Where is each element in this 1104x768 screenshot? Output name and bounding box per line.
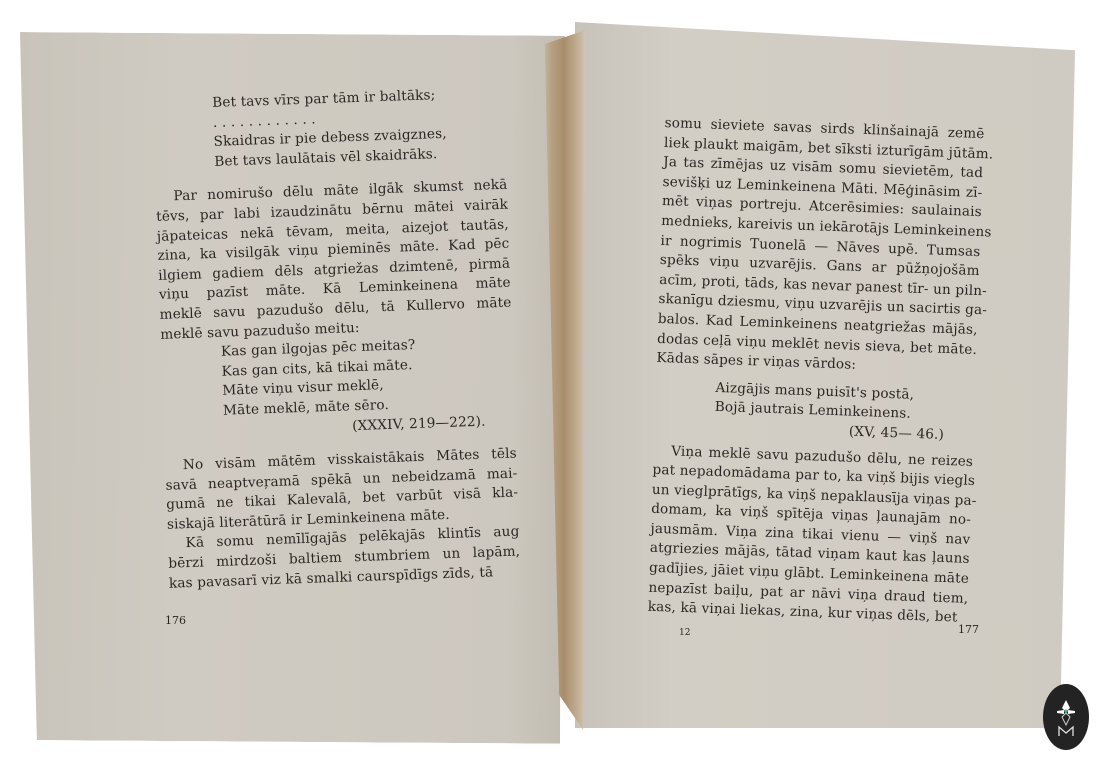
verse-block-2: Kas gan ilgojas pēc meitas?Kas gan cits,…	[161, 333, 516, 424]
right-page-text: somu sieviete savas sirds klinšainajā ze…	[647, 114, 984, 629]
page-number-right: 177	[958, 623, 979, 636]
floral-monogram-icon	[1043, 684, 1089, 750]
verse-block-1: Bet tavs vīrs par tām ir baltāks;. . . .…	[152, 84, 507, 175]
page-number-left: 176	[165, 614, 186, 627]
paragraph-1: Par nomirušo dēlu māte ilgāk skumst nekā…	[155, 176, 512, 345]
paragraph-1: somu sieviete savas sirds klinšainajā ze…	[656, 114, 985, 380]
paragraph-3: Kā somu nemīlīgajās pelēkajās klintīs au…	[167, 523, 521, 594]
paragraph-2: Viņa meklē savu pazudušo dēlu, ne reizes…	[647, 441, 973, 628]
left-page-text: Bet tavs vīrs par tām ir baltāks;. . . .…	[152, 84, 521, 594]
signature-mark: 12	[679, 628, 690, 638]
watermark-badge	[1043, 684, 1089, 750]
paragraph-2: No visām mātēm visskaistākais Mātes tēls…	[165, 445, 520, 536]
